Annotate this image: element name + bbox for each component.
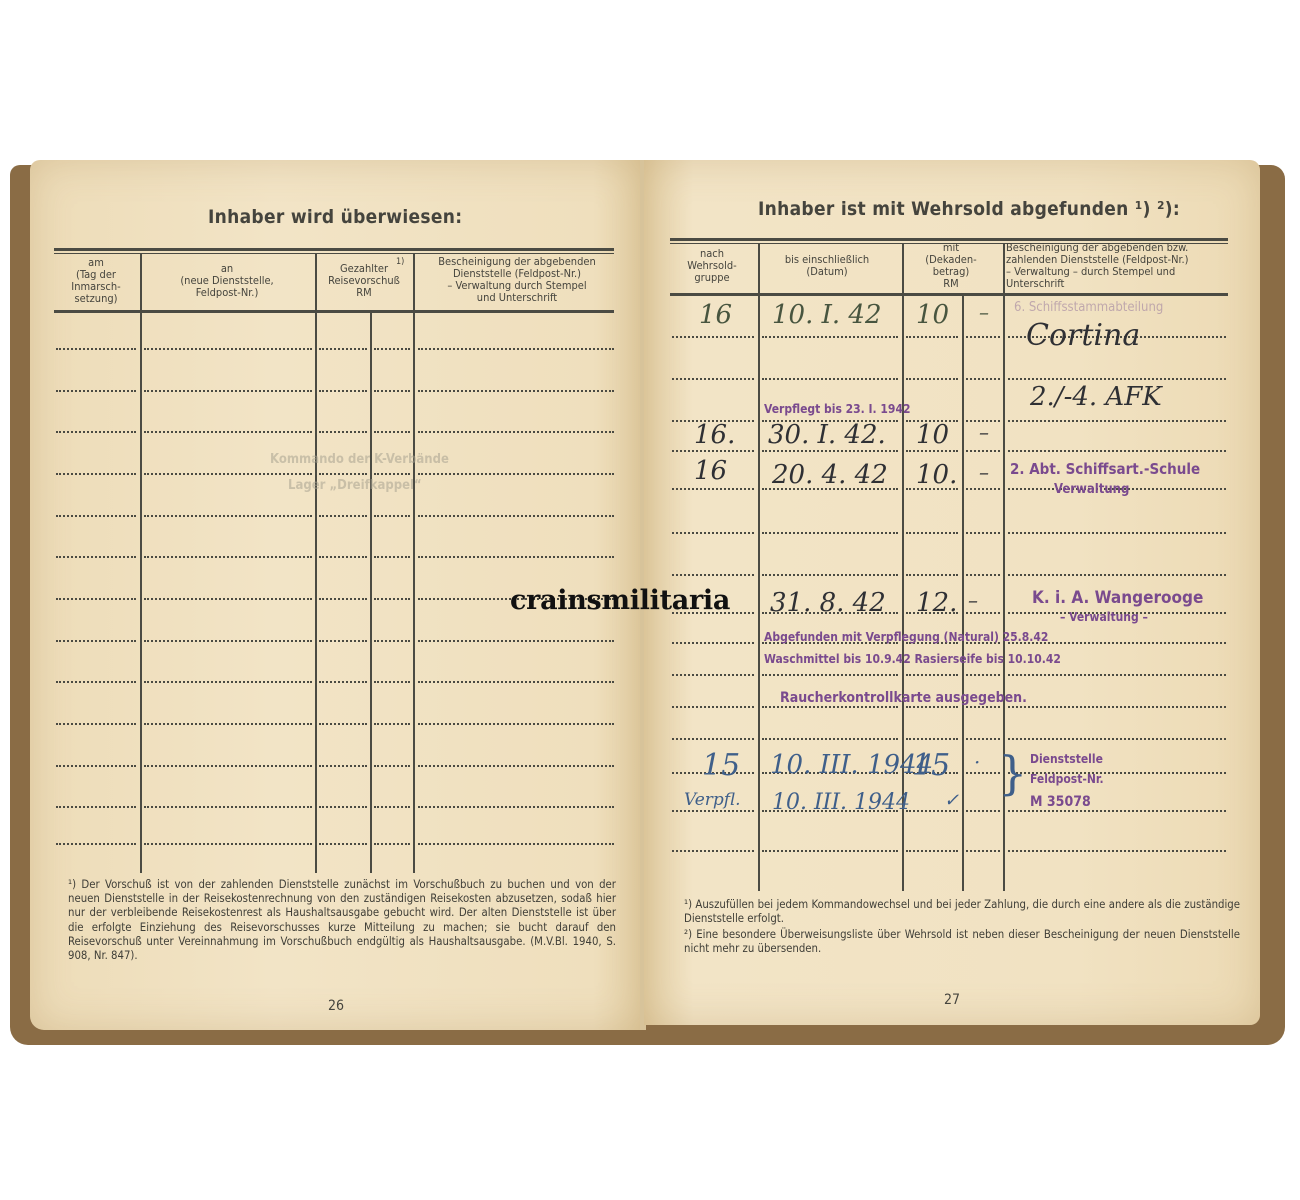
row-line: [966, 772, 1000, 774]
row-line: [966, 706, 1000, 708]
footnote-ref: 1): [396, 256, 404, 268]
row-line: [374, 431, 410, 433]
col-header-datum: bis einschließlich (Datum): [756, 254, 898, 278]
entry-gruppe: 15: [702, 748, 740, 783]
row-line: [374, 598, 410, 600]
row-line: [1008, 574, 1226, 576]
entry-datum: 10. I. 42: [772, 300, 882, 330]
entry-stamp-sub: – Verwaltung –: [1060, 610, 1148, 624]
unit-handwritten: 2./-4. AFK: [1030, 382, 1162, 412]
row-line: [374, 723, 410, 725]
row-line: [144, 806, 312, 808]
row-line: [906, 378, 958, 380]
row-line: [144, 556, 312, 558]
entry-datum: 10. III. 1944: [772, 790, 910, 815]
row-line: [56, 515, 136, 517]
row-line: [56, 843, 136, 845]
row-line: [906, 706, 958, 708]
entry-betrag: 15: [912, 748, 950, 783]
row-line: [418, 348, 614, 350]
row-line: [418, 765, 614, 767]
entry-check: ✓: [944, 790, 959, 811]
row-line: [672, 674, 754, 676]
row-line: [144, 473, 312, 475]
page-title: Inhaber wird überwiesen:: [208, 206, 462, 228]
brace: }: [998, 746, 1027, 800]
row-line: [1008, 850, 1226, 852]
page-number: 26: [328, 998, 344, 1014]
header-rule: [54, 253, 614, 254]
row-line: [966, 850, 1000, 852]
column-divider: [413, 253, 415, 873]
row-line: [319, 640, 367, 642]
row-line: [319, 473, 367, 475]
row-line: [319, 390, 367, 392]
row-line: [56, 681, 136, 683]
entry-pfennig: ·: [974, 750, 980, 774]
row-line: [966, 674, 1000, 676]
row-line: [56, 431, 136, 433]
row-line: [418, 681, 614, 683]
row-line: [144, 390, 312, 392]
row-line: [319, 681, 367, 683]
row-line: [56, 723, 136, 725]
entry-datum: 31. 8. 42: [770, 588, 886, 618]
row-line: [56, 556, 136, 558]
col-header-bescheinigung: Bescheinigung der abgebenden bzw. zahlen…: [1006, 242, 1234, 290]
row-line: [672, 378, 754, 380]
header-bottom-rule: [54, 310, 614, 313]
row-line: [672, 336, 754, 338]
row-line: [966, 738, 1000, 740]
row-line: [319, 765, 367, 767]
entry-stamp-sub: Feldpost-Nr.: [1030, 772, 1104, 786]
row-line: [56, 640, 136, 642]
row-line: [418, 806, 614, 808]
row-line: [672, 706, 754, 708]
row-line: [672, 450, 754, 452]
row-line: [56, 598, 136, 600]
row-line: [762, 674, 898, 676]
row-line: [319, 348, 367, 350]
entry-datum: 20. 4. 42: [772, 460, 888, 490]
row-line: [1008, 378, 1226, 380]
row-line: [1008, 532, 1226, 534]
row-line: [374, 556, 410, 558]
row-line: [144, 765, 312, 767]
column-divider: [370, 312, 372, 873]
row-line: [144, 348, 312, 350]
row-line: [319, 723, 367, 725]
row-line: [144, 843, 312, 845]
entry-pfennig: –: [979, 460, 989, 484]
row-line: [966, 612, 1000, 614]
col-header-am: am (Tag der Inmarsch- setzung): [54, 257, 138, 305]
row-line: [672, 642, 754, 644]
entry-pfennig: –: [979, 300, 989, 324]
waschmittel-stamp: Waschmittel bis 10.9.42 Rasierseife bis …: [764, 652, 1061, 666]
row-line: [144, 515, 312, 517]
row-line: [672, 810, 754, 812]
row-line: [1008, 706, 1226, 708]
entry-betrag: 10: [916, 420, 949, 450]
row-line: [1008, 810, 1226, 812]
row-line: [1008, 450, 1226, 452]
row-line: [144, 640, 312, 642]
row-line: [319, 515, 367, 517]
entry-stamp: 2. Abt. Schiffsart.-Schule: [1010, 460, 1200, 478]
row-line: [144, 723, 312, 725]
entry-pfennig: –: [968, 588, 978, 612]
footnote: ¹) Der Vorschuß ist von der zahlenden Di…: [68, 878, 616, 963]
column-divider: [758, 243, 760, 891]
row-line: [56, 473, 136, 475]
raucherkontrollkarte-stamp: Raucherkontrollkarte ausgegeben.: [780, 690, 1027, 706]
row-line: [374, 515, 410, 517]
entry-stamp: Dienststelle: [1030, 752, 1103, 766]
feldpost-number: M 35078: [1030, 794, 1091, 810]
row-line: [1008, 674, 1226, 676]
row-line: [418, 556, 614, 558]
row-line: [762, 450, 898, 452]
row-line: [966, 450, 1000, 452]
row-line: [672, 738, 754, 740]
row-line: [906, 738, 958, 740]
row-line: [374, 806, 410, 808]
entry-betrag: 12.: [916, 588, 957, 618]
row-line: [56, 806, 136, 808]
row-line: [906, 336, 958, 338]
row-line: [319, 431, 367, 433]
row-line: [1008, 420, 1226, 422]
row-line: [906, 450, 958, 452]
footnote-2: ²) Eine besondere Überweisungsliste über…: [684, 928, 1240, 956]
col-header-dekadenbetrag: mit (Dekaden- betrag) RM: [900, 242, 1002, 290]
row-line: [374, 765, 410, 767]
row-line: [418, 723, 614, 725]
row-line: [966, 810, 1000, 812]
entry-betrag: 10.: [916, 460, 957, 490]
row-line: [672, 532, 754, 534]
row-line: [144, 598, 312, 600]
row-line: [672, 850, 754, 852]
row-line: [966, 574, 1000, 576]
row-line: [319, 843, 367, 845]
faint-stamp-line2: Lager „Dreifkappel“: [288, 478, 422, 493]
entry-stamp-sub: Verwaltung: [1054, 482, 1129, 497]
header-rule: [54, 248, 614, 251]
row-line: [906, 574, 958, 576]
row-line: [906, 850, 958, 852]
row-line: [374, 390, 410, 392]
row-line: [1008, 738, 1226, 740]
entry-stamp: K. i. A. Wangerooge: [1032, 588, 1203, 608]
row-line: [762, 738, 898, 740]
abgefunden-stamp: Abgefunden mit Verpflegung (Natural) 25.…: [764, 630, 1048, 644]
watermark: crainsmilitaria: [510, 585, 730, 616]
row-line: [762, 850, 898, 852]
entry-pfennig: –: [979, 420, 989, 444]
row-line: [762, 378, 898, 380]
col-header-bescheinigung: Bescheinigung der abgebenden Dienststell…: [418, 256, 616, 304]
row-line: [762, 574, 898, 576]
row-line: [374, 681, 410, 683]
row-line: [906, 674, 958, 676]
entry-gruppe: 16: [699, 300, 732, 330]
row-line: [762, 706, 898, 708]
row-line: [418, 843, 614, 845]
page-number: 27: [944, 992, 960, 1008]
row-line: [56, 765, 136, 767]
row-line: [672, 488, 754, 490]
row-line: [966, 488, 1000, 490]
col-header-an: an (neue Dienststelle, Feldpost-Nr.): [142, 263, 312, 299]
row-line: [374, 843, 410, 845]
entry-gruppe: Verpfl.: [684, 790, 741, 810]
row-line: [418, 640, 614, 642]
page-title: Inhaber ist mit Wehrsold abgefunden ¹) ²…: [758, 198, 1180, 220]
faint-stamp-line1: Kommando der K-Verbände: [270, 452, 449, 467]
row-line: [966, 532, 1000, 534]
row-line: [56, 390, 136, 392]
row-line: [418, 390, 614, 392]
row-line: [319, 556, 367, 558]
row-line: [374, 640, 410, 642]
col-header-reisevorschuss: Gezahlter Reisevorschuß RM: [316, 263, 412, 299]
column-divider: [315, 253, 317, 873]
col-header-wehrsoldgruppe: nach Wehrsold- gruppe: [670, 248, 754, 284]
entry-gruppe: 16.: [694, 420, 735, 450]
row-line: [319, 598, 367, 600]
row-line: [906, 532, 958, 534]
row-line: [966, 378, 1000, 380]
verpflegt-stamp: Verpflegt bis 23. I. 1942: [764, 402, 910, 416]
entry-betrag: 10: [916, 300, 949, 330]
signature: Cortina: [1026, 318, 1140, 353]
row-line: [418, 431, 614, 433]
entry-stamp: 6. Schiffsstammabteilung: [1014, 300, 1163, 315]
row-line: [144, 681, 312, 683]
header-bottom-rule: [670, 293, 1228, 296]
row-line: [144, 431, 312, 433]
column-divider: [962, 295, 964, 891]
row-line: [56, 348, 136, 350]
row-line: [418, 515, 614, 517]
column-divider: [140, 253, 142, 873]
row-line: [319, 806, 367, 808]
entry-datum: 10. III. 1944: [770, 750, 933, 780]
row-line: [374, 473, 410, 475]
row-line: [374, 348, 410, 350]
row-line: [762, 336, 898, 338]
row-line: [672, 574, 754, 576]
row-line: [762, 532, 898, 534]
row-line: [418, 473, 614, 475]
right-page: Inhaber ist mit Wehrsold abgefunden ¹) ²…: [644, 160, 1260, 1025]
footnote-1: ¹) Auszufüllen bei jedem Kommandowechsel…: [684, 898, 1240, 926]
entry-datum: 30. I. 42.: [768, 420, 886, 450]
row-line: [966, 336, 1000, 338]
entry-gruppe: 16: [694, 456, 727, 486]
